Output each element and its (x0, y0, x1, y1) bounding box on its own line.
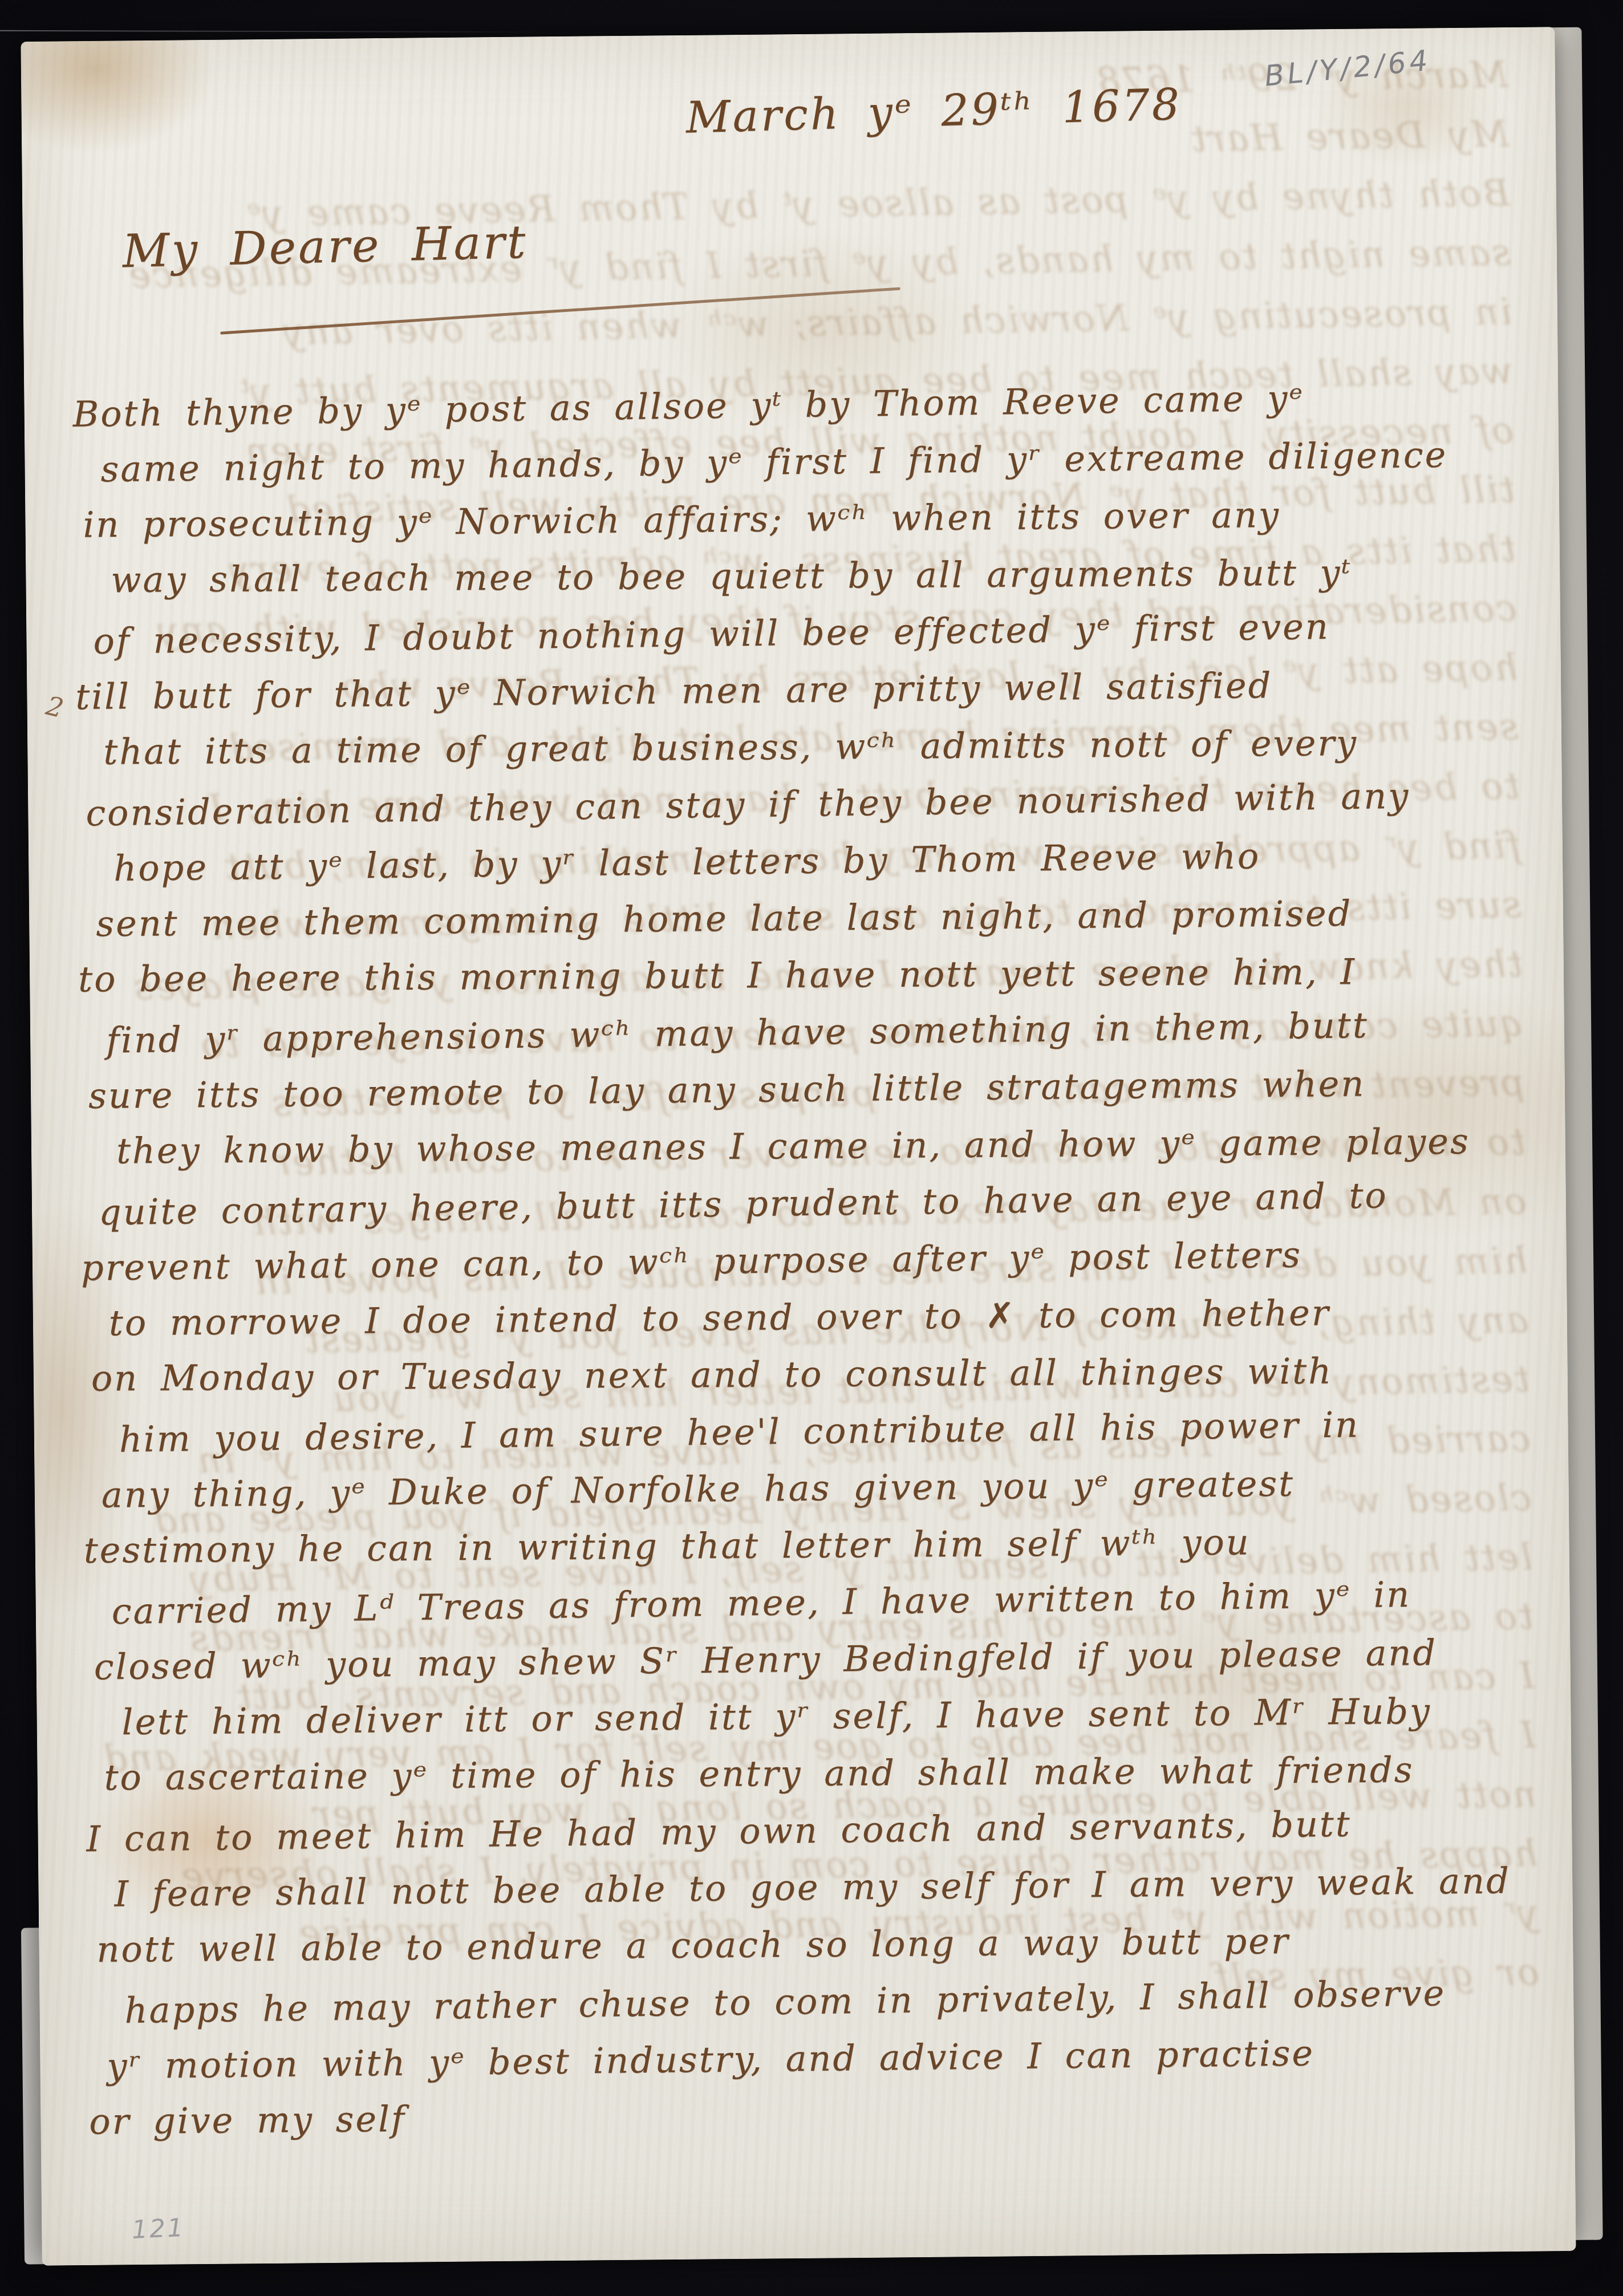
folio-number-pencil: 121 (131, 2213, 185, 2245)
letter-body: Both thyne by yᵉ post as allsoe yᵗ by Th… (24, 369, 1575, 2152)
letter-line: lett him deliver itt or send itt yʳ self… (36, 1682, 1571, 1752)
letter-line: sent mee them comming home late last nig… (29, 883, 1564, 954)
letter-line: to morrowe I doe intend to send over to … (33, 1283, 1568, 1353)
photo-background: March yᵉ 29ᵗʰ 1678 My Deare Hart Both th… (0, 0, 1623, 2296)
scratch-line (0, 30, 547, 33)
salutation: My Deare Hart (122, 216, 529, 278)
letter-line: in prosecuting yᵉ Norwich affairs; wᶜʰ w… (25, 484, 1560, 554)
letter-page: March yᵉ 29ᵗʰ 1678 My Deare Hart Both th… (21, 27, 1576, 2266)
